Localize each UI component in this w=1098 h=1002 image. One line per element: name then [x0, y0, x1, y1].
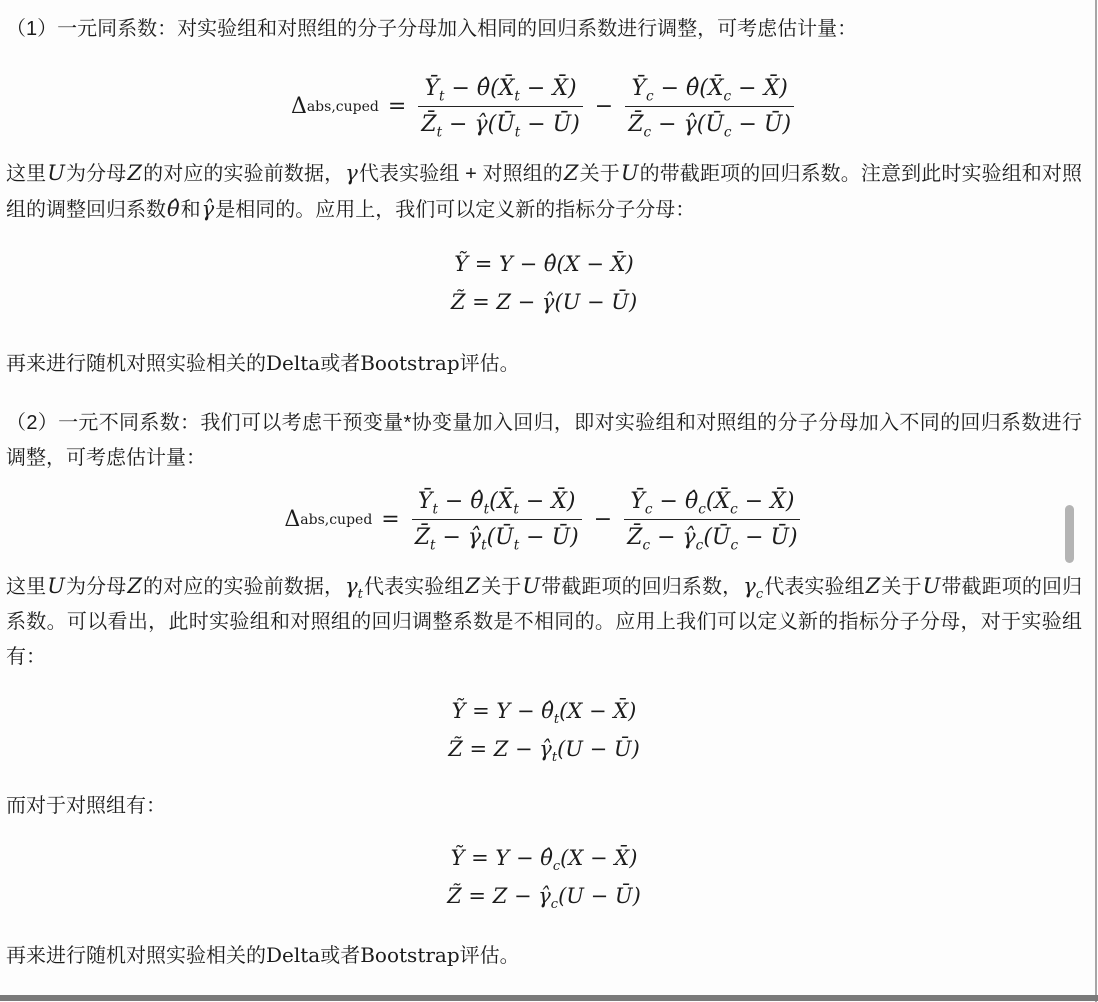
fraction-treatment: Ȳt − θ̂t(X̄t − X̄) Z̄t − γ̂t(Ūt − Ū) — [409, 484, 585, 555]
delta-symbol: Δ — [291, 94, 307, 119]
denominator-treatment: Z̄t − γ̂(Ūt − Ū) — [415, 107, 586, 142]
numerator-control: Ȳc − θ̂c(X̄c − X̄) — [624, 484, 800, 520]
equation-text: Ỹ = Y − θ̂c(X − X̄) — [451, 846, 638, 870]
window-right-border — [1095, 0, 1097, 1002]
formula-cuped-diff-coef: Δabs,cuped = Ȳt − θ̂t(X̄t − X̄) Z̄t − γ̂… — [6, 484, 1082, 555]
heading-section-2: （2）一元不同系数：我们可以考虑干预变量*协变量加入回归，即对实验组和对照组的分… — [6, 406, 1082, 476]
equation-text: Z̃ = Z − γ̂t(U − Ū) — [448, 737, 640, 761]
equals-sign: = — [381, 507, 399, 532]
window-bottom-edge — [0, 995, 1098, 1001]
equation-text: Z̃ = Z − γ̂c(U − Ū) — [447, 884, 641, 908]
para-same-coef-explain: 这里U为分母Z的对应的实验前数据，γ代表实验组 + 对照组的Z关于U的带截距项的… — [6, 156, 1082, 228]
equation-y-tilde-same: Ỹ = Y − θ̂(X − X̄) — [6, 252, 1082, 276]
denominator-control: Z̄c − γ̂c(Ūc − Ū) — [621, 520, 803, 555]
fraction-control: Ȳc − θ̂c(X̄c − X̄) Z̄c − γ̂c(Ūc − Ū) — [621, 484, 803, 555]
equation-y-tilde-control: Ỹ = Y − θ̂c(X − X̄) — [6, 846, 1082, 870]
fraction-treatment: Ȳt − θ̂(X̄t − X̄) Z̄t − γ̂(Ūt − Ū) — [415, 71, 586, 142]
equation-y-tilde-treatment: Ỹ = Y − θ̂t(X − X̄) — [6, 699, 1082, 723]
formula-cuped-same-coef: Δabs,cuped = Ȳt − θ̂(X̄t − X̄) Z̄t − γ̂(… — [6, 71, 1082, 142]
numerator-treatment: Ȳt − θ̂t(X̄t − X̄) — [412, 484, 582, 520]
para-delta-bootstrap-1: 再来进行随机对照实验相关的Delta或者Bootstrap评估。 — [6, 346, 1082, 382]
equation-text: Ỹ = Y − θ̂t(X − X̄) — [452, 699, 637, 723]
equation-z-tilde-control: Z̃ = Z − γ̂c(U − Ū) — [6, 884, 1082, 908]
para-diff-coef-explain: 这里U为分母Z的对应的实验前数据，γt代表实验组Z关于U带截距项的回归系数，γc… — [6, 569, 1082, 675]
numerator-control: Ȳc − θ̂(X̄c − X̄) — [625, 71, 793, 107]
denominator-treatment: Z̄t − γ̂t(Ūt − Ū) — [409, 520, 585, 555]
equation-text: Z̃ = Z − γ̂(U − Ū) — [451, 290, 637, 314]
minus-sign: − — [594, 507, 612, 532]
delta-symbol: Δ — [284, 507, 300, 532]
minus-sign: − — [595, 94, 613, 119]
equation-text: Ỹ = Y − θ̂(X − X̄) — [454, 252, 634, 276]
equation-z-tilde-same: Z̃ = Z − γ̂(U − Ū) — [6, 290, 1082, 314]
document-page: （1）一元同系数：对实验组和对照组的分子分母加入相同的回归系数进行调整，可考虑估… — [0, 0, 1098, 974]
para-delta-bootstrap-2: 再来进行随机对照实验相关的Delta或者Bootstrap评估。 — [6, 938, 1082, 974]
equals-sign: = — [388, 94, 406, 119]
equation-z-tilde-treatment: Z̃ = Z − γ̂t(U − Ū) — [6, 737, 1082, 761]
denominator-control: Z̄c − γ̂(Ūc − Ū) — [622, 107, 797, 142]
fraction-control: Ȳc − θ̂(X̄c − X̄) Z̄c − γ̂(Ūc − Ū) — [622, 71, 797, 142]
para-control-intro: 而对于对照组有： — [6, 789, 1082, 824]
numerator-treatment: Ȳt − θ̂(X̄t − X̄) — [418, 71, 582, 107]
heading-section-1: （1）一元同系数：对实验组和对照组的分子分母加入相同的回归系数进行调整，可考虑估… — [6, 0, 1082, 47]
vertical-scrollbar-thumb[interactable] — [1065, 505, 1074, 563]
